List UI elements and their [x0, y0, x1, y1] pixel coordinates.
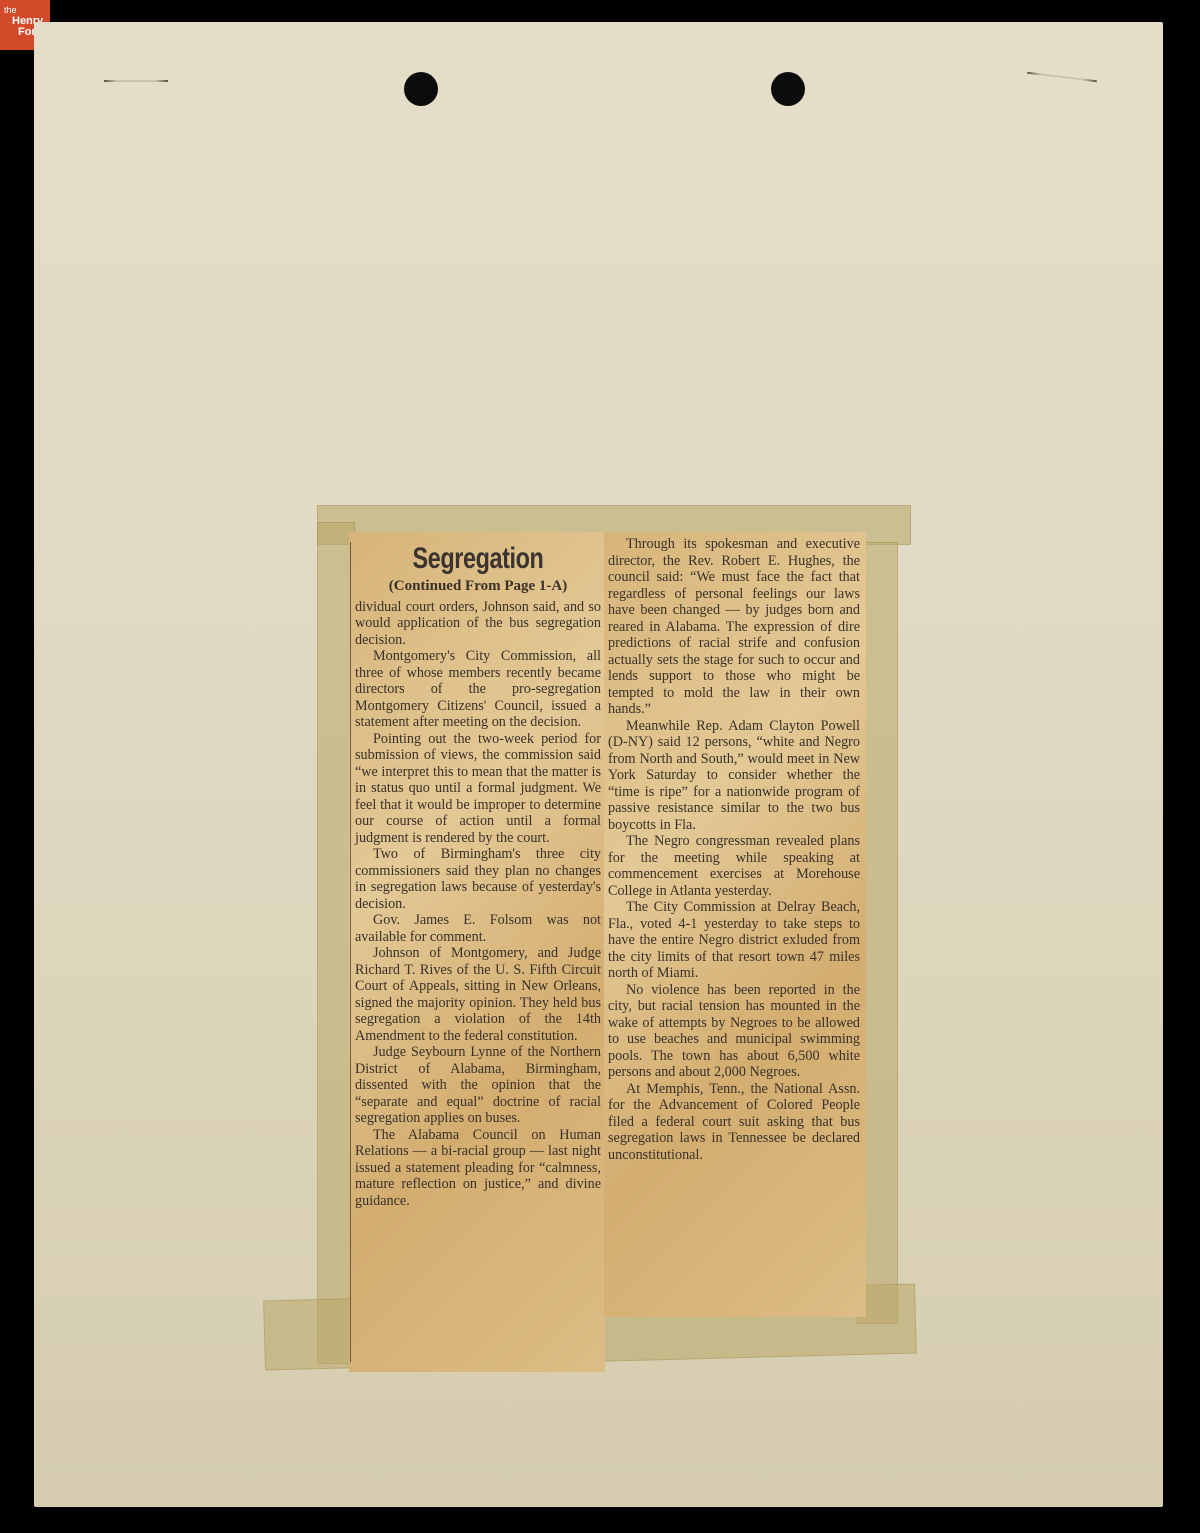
left-column: Segregation (Continued From Page 1-A) di… — [355, 538, 601, 1209]
punch-hole-left — [404, 72, 438, 106]
paragraph: Meanwhile Rep. Adam Clayton Powell (D-NY… — [608, 718, 860, 834]
paragraph: Judge Seybourn Lynne of the Northern Dis… — [355, 1044, 601, 1127]
paragraph: Two of Birmingham's three city commissio… — [355, 846, 601, 912]
clipping-right-piece: Through its spokesman and executive dire… — [604, 532, 866, 1317]
paragraph: Pointing out the two-week period for sub… — [355, 731, 601, 847]
archival-page: Segregation (Continued From Page 1-A) di… — [34, 22, 1163, 1507]
paragraph: At Memphis, Tenn., the National Assn. fo… — [608, 1081, 860, 1164]
paragraph: The Alabama Council on Human Relations —… — [355, 1127, 601, 1210]
clipping-left-piece: Segregation (Continued From Page 1-A) di… — [349, 532, 605, 1372]
paragraph: dividual court orders, Johnson said, and… — [355, 599, 601, 649]
punch-hole-right — [771, 72, 805, 106]
paragraph: Montgomery's City Commission, all three … — [355, 648, 601, 731]
right-column: Through its spokesman and executive dire… — [608, 536, 860, 1163]
paragraph: Gov. James E. Folsom was not available f… — [355, 912, 601, 945]
paragraph: Through its spokesman and executive dire… — [608, 536, 860, 718]
staple-mark-left — [104, 80, 168, 82]
subhead: (Continued From Page 1-A) — [355, 578, 601, 595]
paragraph: The City Commission at Delray Beach, Fla… — [608, 899, 860, 982]
staple-mark-right — [1027, 72, 1097, 83]
paragraph: Johnson of Montgomery, and Judge Richard… — [355, 945, 601, 1044]
headline: Segregation — [382, 542, 574, 576]
paragraph: The Negro congressman revealed plans for… — [608, 833, 860, 899]
paragraph: No violence has been reported in the cit… — [608, 982, 860, 1081]
column-rule — [350, 542, 351, 1362]
